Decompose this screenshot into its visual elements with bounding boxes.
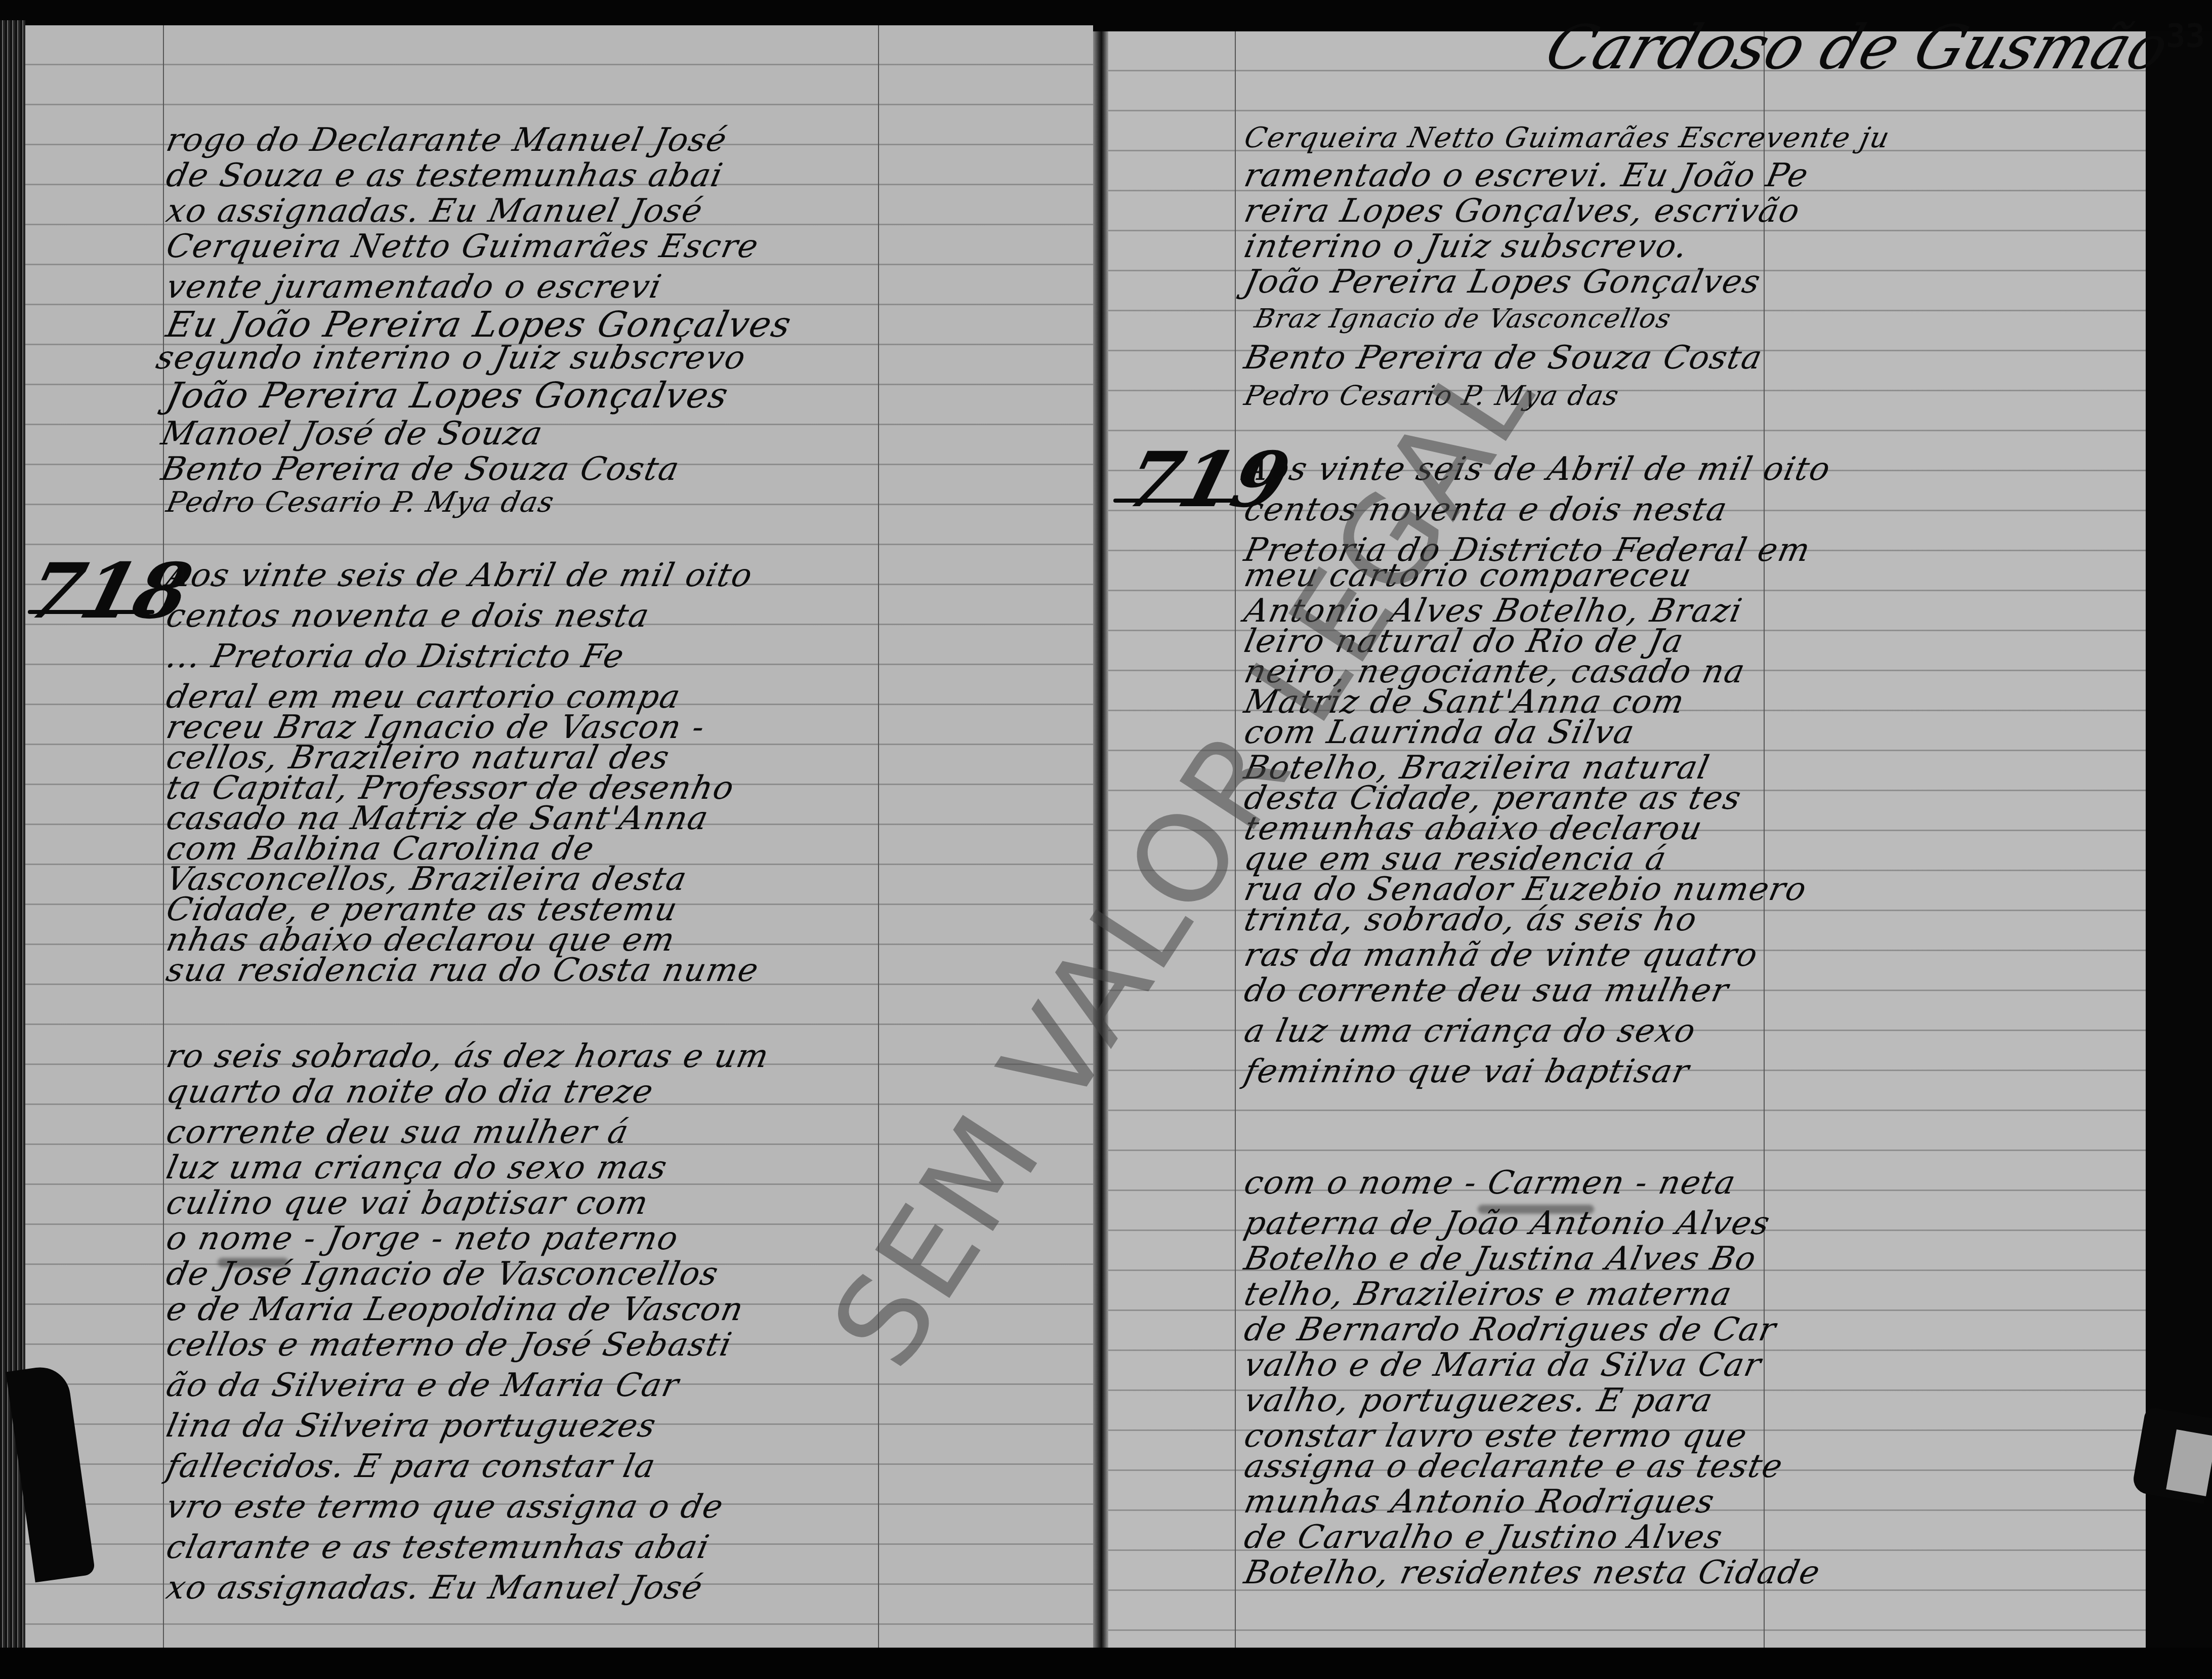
entry-line: Botelho, residentes nesta Cidade (1241, 1554, 1824, 1591)
entry-line: valho e de Maria da Silva Car (1241, 1346, 1765, 1384)
left-right-margin-line (878, 25, 879, 1650)
entry-number-underline (28, 610, 154, 614)
entry-line: ão da Silveira e de Maria Car (163, 1367, 683, 1404)
entry-line: ... Pretoria do Districto Fe (163, 638, 628, 675)
entry-line: telho, Brazileiros e materna (1241, 1276, 1736, 1313)
entry-line: ras da manhã de vinte quatro (1241, 936, 1762, 974)
entry-line: corrente deu sua mulher á (163, 1114, 633, 1151)
right-right-margin-line (1764, 31, 1765, 1651)
book-gutter (1093, 31, 1108, 1651)
entry-line: Botelho e de Justina Alves Bo (1241, 1240, 1760, 1278)
entry-line: assigna o declarante e as teste (1241, 1448, 1786, 1485)
left-cont-line: de Souza e as testemunhas abai (163, 157, 727, 194)
entry-line: ro seis sobrado, ás dez horas e um (163, 1038, 773, 1075)
right-signature: João Pereira Lopes Gonçalves (1241, 263, 1764, 301)
right-cont-line: reira Lopes Gonçalves, escrivão (1241, 192, 1804, 230)
entry-line: fallecidos. E para constar la (163, 1448, 659, 1485)
entry-line: cellos e materno de José Sebasti (163, 1326, 736, 1364)
entry-line: quarto da noite do dia treze (163, 1073, 657, 1111)
scanned-ledger: Cardoso de Gusmão 33 rogo do Declarante … (0, 0, 2212, 1679)
right-signature: Braz Ignacio de Vasconcellos (1252, 304, 1675, 334)
entry-line: vro este termo que assigna o de (163, 1488, 727, 1526)
entry-line: a luz uma criança do sexo (1241, 1012, 1699, 1050)
entry-line: Aos vinte seis de Abril de mil oito (1241, 451, 1834, 488)
entry-line: de Bernardo Rodrigues de Car (1241, 1311, 1780, 1348)
entry-line: lina da Silveira portuguezes (163, 1407, 660, 1445)
entry-line: munhas Antonio Rodrigues (1241, 1483, 1718, 1521)
left-cont-line: João Pereira Lopes Gonçalves (162, 375, 732, 416)
left-cont-line: xo assignadas. Eu Manuel José (163, 192, 706, 230)
entry-line: de Carvalho e Justino Alves (1241, 1519, 1726, 1556)
left-cont-line: Cerqueira Netto Guimarães Escre (163, 228, 762, 265)
scan-border-bottom (0, 1648, 2212, 1679)
entry-line: sua residencia rua do Costa nume (163, 952, 763, 989)
entry-line: luz uma criança do sexo mas (163, 1149, 671, 1186)
entry-line: clarante e as testemunhas abai (163, 1529, 713, 1566)
left-margin-line (163, 25, 164, 1650)
left-signature: Manoel José de Souza (158, 415, 547, 453)
entry-line: Aos vinte seis de Abril de mil oito (163, 557, 756, 594)
right-cont-line: Cerqueira Netto Guimarães Escrevente ju (1241, 121, 1893, 154)
left-signature: Pedro Cesario P. Mya das (163, 486, 558, 519)
page-number: 33 (2166, 18, 2205, 55)
left-cont-line: segundo interino o Juiz subscrevo (153, 339, 749, 377)
right-cont-line: ramentado o escrevi. Eu João Pe (1241, 157, 1812, 194)
right-cont-line: interino o Juiz subscrevo. (1241, 228, 1692, 265)
entry-line: do corrente deu sua mulher (1241, 972, 1732, 1009)
entry-line-child-name: com o nome - Carmen - neta (1241, 1164, 1739, 1202)
entry-line: feminino que vai baptisar (1241, 1053, 1693, 1090)
entry-line: de José Ignacio de Vasconcellos (163, 1255, 722, 1293)
entry-number-underline (1113, 499, 1235, 503)
left-signature: Bento Pereira de Souza Costa (158, 451, 683, 488)
header-signature: Cardoso de Gusmão (1537, 13, 2177, 83)
left-cont-line: rogo do Declarante Manuel José (163, 121, 731, 159)
entry-line: centos noventa e dois nesta (163, 597, 653, 635)
entry-line: e de Maria Leopoldina de Vascon (163, 1291, 747, 1328)
entry-line-child-name: o nome - Jorge - neto paterno (163, 1220, 682, 1257)
entry-line: trinta, sobrado, ás seis ho (1241, 901, 1701, 938)
entry-line: culino que vai baptisar com (163, 1184, 652, 1222)
left-cont-line: vente juramentado o escrevi (163, 268, 665, 306)
entry-line: valho, portuguezes. E para (1241, 1382, 1717, 1419)
entry-line: xo assignadas. Eu Manuel José (163, 1569, 706, 1607)
entry-line: paterna de João Antonio Alves (1241, 1205, 1774, 1242)
